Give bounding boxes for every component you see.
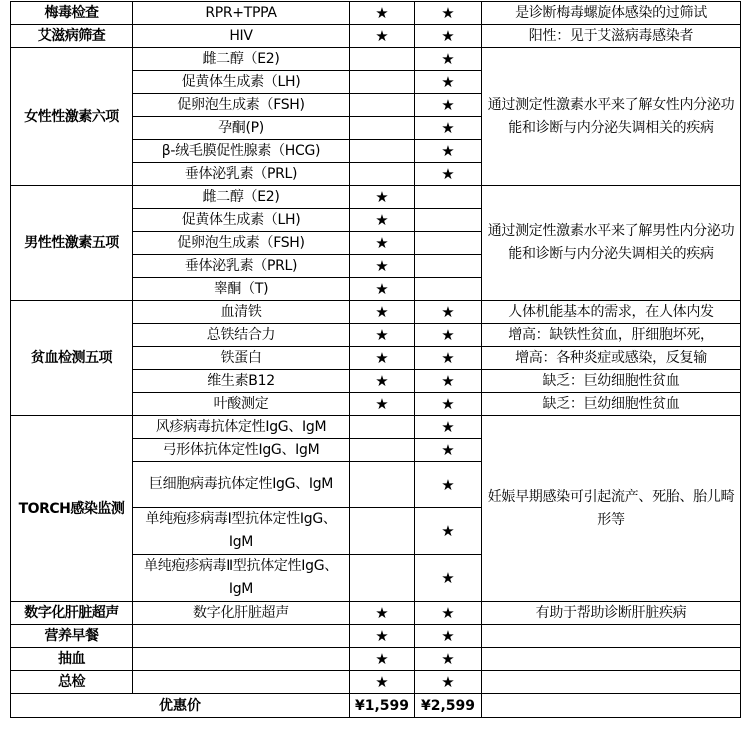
category-cell: 营养早餐: [11, 625, 133, 648]
star-icon: ★: [350, 25, 415, 48]
star-icon: ★: [415, 648, 482, 671]
item-cell: 促黄体生成素（LH): [133, 71, 350, 94]
star-icon: ★: [350, 370, 415, 393]
star-icon: [415, 186, 482, 209]
table-row: 数字化肝脏超声 数字化肝脏超声 ★ ★ 有助于帮助诊断肝脏疾病: [11, 602, 741, 625]
description-cell: 缺乏：巨幼细胞性贫血: [482, 393, 741, 416]
category-cell: 男性性激素五项: [11, 186, 133, 301]
table-row: 梅毒检查 RPR+TPPA ★ ★ 是诊断梅毒螺旋体感染的过筛试: [11, 2, 741, 25]
table-row: TORCH感染监测 风疹病毒抗体定性IgG、IgM ★ 妊娠早期感染可引起流产、…: [11, 416, 741, 439]
item-cell: 雌二醇（E2): [133, 186, 350, 209]
description-cell: 人体机能基本的需求，在人体内发: [482, 301, 741, 324]
star-icon: ★: [350, 347, 415, 370]
star-icon: ★: [415, 439, 482, 462]
price-package-a: ¥1,599: [350, 694, 415, 718]
table-row: 男性性激素五项 雌二醇（E2) ★ 通过测定性激素水平来了解男性内分泌功能和诊断…: [11, 186, 741, 209]
description-cell: 增高：各种炎症或感染，反复输: [482, 347, 741, 370]
item-cell: RPR+TPPA: [133, 2, 350, 25]
star-icon: ★: [415, 370, 482, 393]
description-cell: 妊娠早期感染可引起流产、死胎、胎儿畸形等: [482, 416, 741, 602]
star-icon: [350, 71, 415, 94]
item-cell: 巨细胞病毒抗体定性IgG、IgM: [133, 462, 350, 508]
item-cell: [133, 648, 350, 671]
star-icon: [415, 232, 482, 255]
star-icon: ★: [350, 186, 415, 209]
star-icon: ★: [415, 163, 482, 186]
description-cell: 通过测定性激素水平来了解女性内分泌功能和诊断与内分泌失调相关的疾病: [482, 48, 741, 186]
star-icon: ★: [350, 671, 415, 694]
star-icon: ★: [415, 508, 482, 555]
price-note-cell: [482, 694, 741, 718]
category-cell: 抽血: [11, 648, 133, 671]
price-row: 优惠价 ¥1,599 ¥2,599: [11, 694, 741, 718]
item-cell: 雌二醇（E2): [133, 48, 350, 71]
item-cell: 维生素B12: [133, 370, 350, 393]
item-cell: 总铁结合力: [133, 324, 350, 347]
star-icon: ★: [350, 324, 415, 347]
item-cell: 铁蛋白: [133, 347, 350, 370]
star-icon: [415, 209, 482, 232]
star-icon: ★: [350, 625, 415, 648]
description-cell: 通过测定性激素水平来了解男性内分泌功能和诊断与内分泌失调相关的疾病: [482, 186, 741, 301]
description-cell: 缺乏：巨幼细胞性贫血: [482, 370, 741, 393]
star-icon: [415, 278, 482, 301]
item-cell: 促黄体生成素（LH): [133, 209, 350, 232]
star-icon: ★: [415, 117, 482, 140]
item-cell: [133, 671, 350, 694]
star-icon: ★: [350, 2, 415, 25]
star-icon: [350, 48, 415, 71]
star-icon: [350, 462, 415, 508]
health-package-table: 梅毒检查 RPR+TPPA ★ ★ 是诊断梅毒螺旋体感染的过筛试 艾滋病筛查 H…: [10, 1, 741, 718]
star-icon: [350, 140, 415, 163]
category-cell: 艾滋病筛查: [11, 25, 133, 48]
description-cell: [482, 625, 741, 648]
item-cell: [133, 625, 350, 648]
star-icon: ★: [415, 462, 482, 508]
star-icon: ★: [415, 347, 482, 370]
star-icon: ★: [350, 602, 415, 625]
item-cell: 垂体泌乳素（PRL): [133, 163, 350, 186]
star-icon: ★: [415, 602, 482, 625]
item-cell: 垂体泌乳素（PRL): [133, 255, 350, 278]
star-icon: ★: [415, 48, 482, 71]
price-label: 优惠价: [11, 694, 350, 718]
star-icon: [350, 94, 415, 117]
star-icon: ★: [415, 324, 482, 347]
table-row: 女性性激素六项 雌二醇（E2) ★ 通过测定性激素水平来了解女性内分泌功能和诊断…: [11, 48, 741, 71]
star-icon: ★: [415, 2, 482, 25]
star-icon: ★: [415, 555, 482, 602]
star-icon: ★: [350, 393, 415, 416]
star-icon: ★: [415, 671, 482, 694]
item-cell: 孕酮(P): [133, 117, 350, 140]
table-row: 营养早餐 ★ ★: [11, 625, 741, 648]
description-cell: 有助于帮助诊断肝脏疾病: [482, 602, 741, 625]
star-icon: [350, 439, 415, 462]
star-icon: ★: [350, 278, 415, 301]
description-cell: 阳性：见于艾滋病毒感染者: [482, 25, 741, 48]
description-cell: 是诊断梅毒螺旋体感染的过筛试: [482, 2, 741, 25]
star-icon: ★: [350, 648, 415, 671]
table-row: 抽血 ★ ★: [11, 648, 741, 671]
category-cell: TORCH感染监测: [11, 416, 133, 602]
star-icon: [350, 508, 415, 555]
item-cell: 促卵泡生成素（FSH): [133, 232, 350, 255]
description-cell: [482, 648, 741, 671]
star-icon: [350, 117, 415, 140]
item-cell: HIV: [133, 25, 350, 48]
item-cell: 弓形体抗体定性IgG、IgM: [133, 439, 350, 462]
category-cell: 女性性激素六项: [11, 48, 133, 186]
star-icon: ★: [415, 140, 482, 163]
star-icon: [350, 416, 415, 439]
table-row: 贫血检测五项 血清铁 ★ ★ 人体机能基本的需求，在人体内发: [11, 301, 741, 324]
star-icon: ★: [415, 393, 482, 416]
star-icon: ★: [415, 71, 482, 94]
star-icon: ★: [350, 232, 415, 255]
item-cell: 单纯疱疹病毒Ⅱ型抗体定性IgG、IgM: [133, 555, 350, 602]
item-cell: 风疹病毒抗体定性IgG、IgM: [133, 416, 350, 439]
star-icon: ★: [350, 255, 415, 278]
category-cell: 梅毒检查: [11, 2, 133, 25]
star-icon: ★: [350, 209, 415, 232]
star-icon: ★: [415, 416, 482, 439]
category-cell: 贫血检测五项: [11, 301, 133, 416]
description-cell: [482, 671, 741, 694]
star-icon: [415, 255, 482, 278]
item-cell: 数字化肝脏超声: [133, 602, 350, 625]
star-icon: ★: [350, 301, 415, 324]
table-row: 艾滋病筛查 HIV ★ ★ 阳性：见于艾滋病毒感染者: [11, 25, 741, 48]
star-icon: ★: [415, 25, 482, 48]
price-package-b: ¥2,599: [415, 694, 482, 718]
item-cell: 单纯疱疹病毒Ⅰ型抗体定性IgG、IgM: [133, 508, 350, 555]
star-icon: ★: [415, 94, 482, 117]
item-cell: 促卵泡生成素（FSH): [133, 94, 350, 117]
item-cell: 叶酸测定: [133, 393, 350, 416]
star-icon: [350, 163, 415, 186]
description-cell: 增高：缺铁性贫血，肝细胞坏死，: [482, 324, 741, 347]
table-row: 总检 ★ ★: [11, 671, 741, 694]
item-cell: β-绒毛膜促性腺素（HCG): [133, 140, 350, 163]
item-cell: 睾酮（T): [133, 278, 350, 301]
star-icon: ★: [415, 301, 482, 324]
category-cell: 数字化肝脏超声: [11, 602, 133, 625]
star-icon: ★: [415, 625, 482, 648]
item-cell: 血清铁: [133, 301, 350, 324]
star-icon: [350, 555, 415, 602]
category-cell: 总检: [11, 671, 133, 694]
